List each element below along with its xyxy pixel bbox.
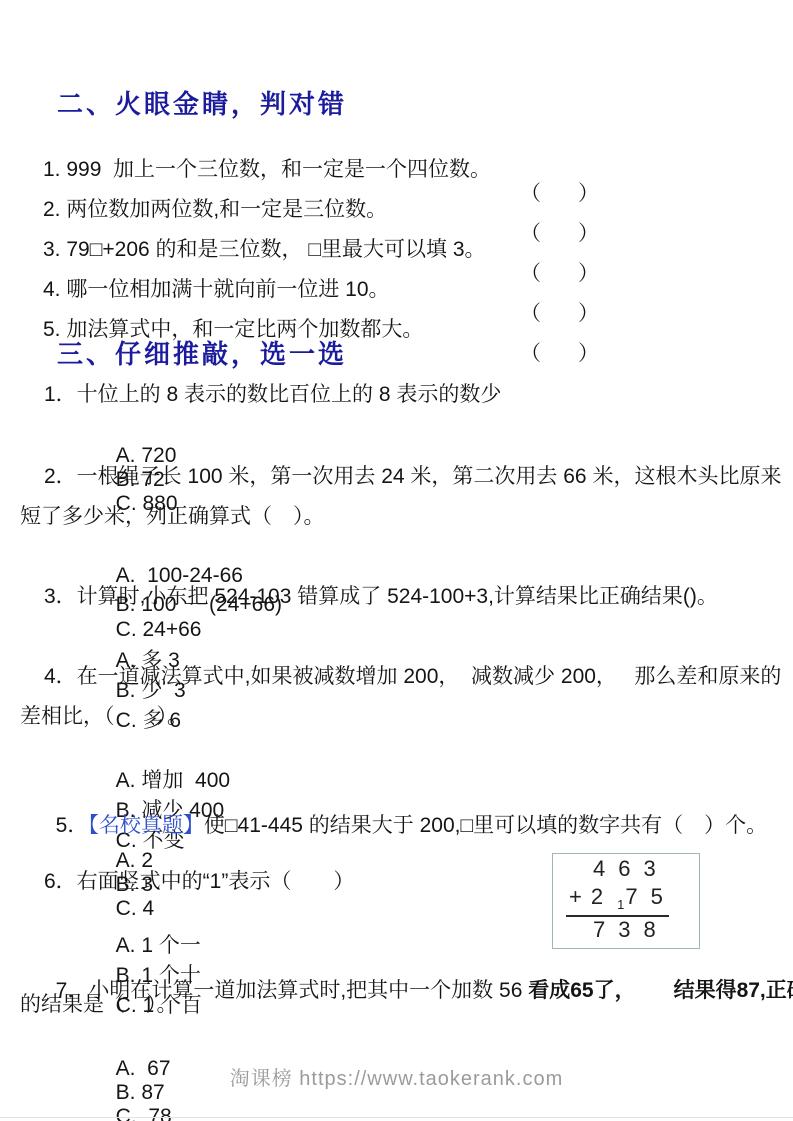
q5-number: 5．	[56, 814, 89, 837]
judge-item-3: 3. 79□+206 的和是三位数， □里最大可以填 3。 （ ）	[0, 209, 793, 239]
vertical-calc-box: 463 +2175 738	[552, 853, 700, 949]
vertical-calc-addend2-tens-ones: 75	[625, 884, 675, 909]
judge-item-5-answer-blank: （ ）	[520, 337, 607, 367]
judge-item-4: 4. 哪一位相加满十就向前一位进 10。 （ ）	[0, 249, 793, 279]
vertical-calc-sum: 738	[593, 917, 669, 943]
plus-sign: +	[569, 884, 582, 909]
q7-option-c: C. 78	[116, 1105, 172, 1121]
page-bottom-rule	[0, 1117, 793, 1118]
vertical-calc-carry-digit: 1	[617, 897, 624, 912]
q7-question-part2: 看成65了，	[528, 979, 635, 1002]
judge-item-1: 1. 999 加上一个三位数，和一定是一个四位数。 （ ）	[0, 129, 793, 159]
q2-text-line2: 短了多少米，列正确算式（ ）。	[20, 500, 325, 530]
page-footer: 淘课榜 https://www.taokerank.com	[0, 1062, 793, 1091]
q2-text-line1: 2．一根绳子长 100 米，第一次用去 24 米，第二次用去 66 米，这根木头…	[44, 460, 781, 490]
vertical-calc-addend1: 463	[593, 856, 669, 882]
judge-item-5: 5. 加法算式中，和一定比两个加数都大。 （ ）	[0, 289, 793, 319]
q7-text-line2: 的结果是（ ）。	[20, 988, 178, 1018]
q4-text-line1: 4．在一道减法算式中,如果被减数增加 200， 减数减少 200， 那么差和原来…	[44, 660, 781, 690]
q7-question-part3: 结果得87,正确	[674, 979, 793, 1002]
q6-text: 6．右面竖式中的“1”表示（ ）	[44, 865, 354, 895]
section3-title: 三、仔细推敲，选一选	[57, 334, 347, 371]
judge-item-2: 2. 两位数加两位数,和一定是三位数。 （ ）	[0, 169, 793, 199]
section2-title: 二、火眼金睛，判对错	[57, 84, 347, 121]
vertical-calc-addend2: +2175	[569, 884, 676, 918]
q3-text: 3．计算时,小东把 524-103 错算成了 524-100+3,计算结果比正确…	[44, 580, 718, 610]
vertical-calc-addend2-hundreds: 2	[591, 884, 616, 909]
q4-text-line2: 差相比，（ ）。	[20, 700, 188, 730]
q1-text: 1．十位上的 8 表示的数比百位上的 8 表示的数少	[44, 378, 501, 408]
